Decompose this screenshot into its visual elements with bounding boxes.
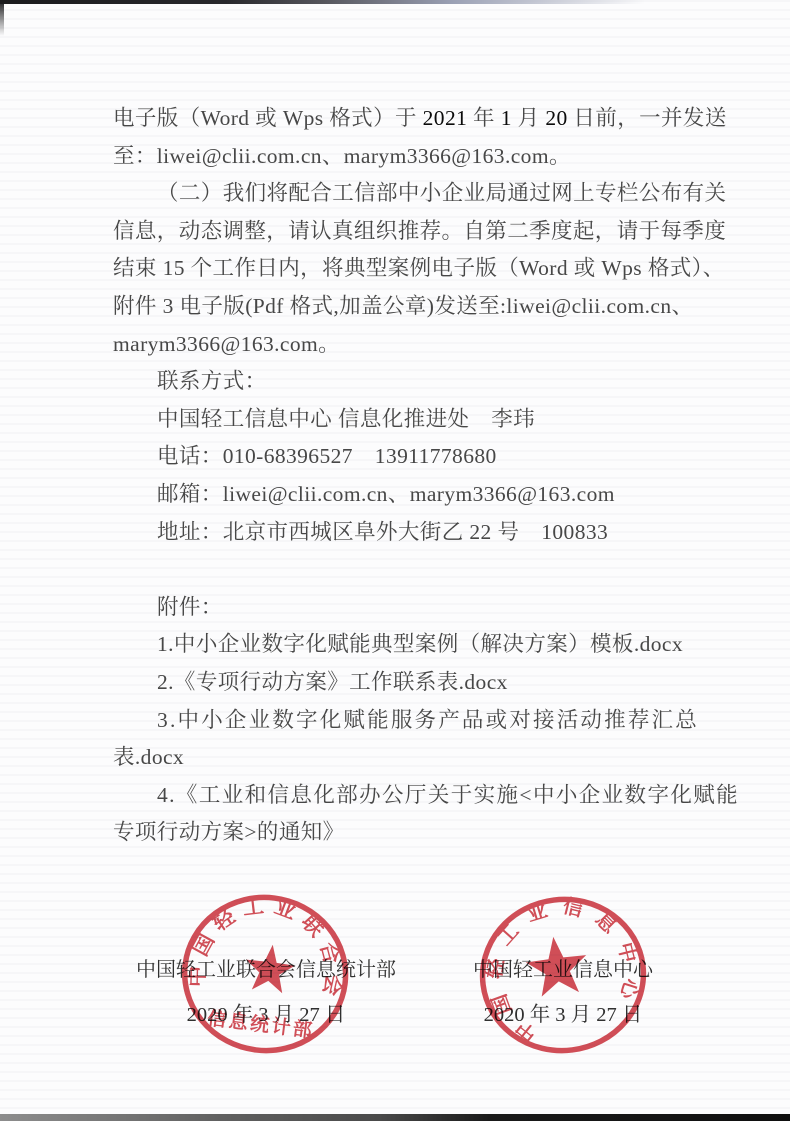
body-line: marym3366@163.com。 [113, 326, 681, 364]
body-line: 联系方式： [113, 363, 681, 401]
body-line: 电子版（Word 或 Wps 格式）于 2021 年 1 月 20 日前，一并发… [113, 100, 681, 138]
body-line: 电话：010-68396527 13911778680 [113, 438, 681, 476]
body-line: （二）我们将配合工信部中小企业局通过网上专栏公布有关 [113, 175, 681, 213]
body-line: 附件 3 电子版(Pdf 格式,加盖公章)发送至:liwei@clii.com.… [113, 288, 681, 326]
body-line: 信息，动态调整，请认真组织推荐。自第二季度起，请于每季度 [113, 213, 681, 251]
star-icon [523, 933, 590, 998]
body-line: 1.中小企业数字化赋能典型案例（解决方案）模板.docx [113, 626, 681, 664]
body-line: 附件： [113, 589, 681, 627]
scan-edge-left [0, 0, 4, 36]
body-line: 中国轻工信息中心 信息化推进处 李玮 [113, 401, 681, 439]
body-line: 专项行动方案>的通知》 [113, 814, 681, 852]
scanned-document-page: 电子版（Word 或 Wps 格式）于 2021 年 1 月 20 日前，一并发… [0, 0, 790, 1121]
body-line: 邮箱：liwei@clii.com.cn、marym3366@163.com [113, 476, 681, 514]
filled-in-date-text: 2021 [423, 106, 468, 130]
body-line: 2.《专项行动方案》工作联系表.docx [113, 664, 681, 702]
body-line: 表.docx [113, 739, 681, 777]
star-icon [243, 942, 298, 995]
body-line: 3.中小企业数字化赋能服务产品或对接活动推荐汇总 [113, 702, 681, 740]
body-line: 地址：北京市西城区阜外大街乙 22 号 100833 [113, 514, 681, 552]
body-line: 至：liwei@clii.com.cn、marym3366@163.com。 [113, 138, 681, 176]
body-text: 年 [467, 106, 500, 130]
filled-in-date-text: 1 [501, 106, 512, 130]
body-text: 月 [512, 106, 545, 130]
document-body: 电子版（Word 或 Wps 格式）于 2021 年 1 月 20 日前，一并发… [113, 100, 681, 852]
official-seal-left: 中国轻工业联合会 信息统计部 [172, 884, 358, 1065]
body-text: 日前，一并发送 [568, 106, 727, 130]
scan-edge-top [0, 0, 645, 4]
body-line: 结束 15 个工作日内，将典型案例电子版（Word 或 Wps 格式）、 [113, 250, 681, 288]
body-text: 电子版（Word 或 Wps 格式）于 [113, 106, 423, 130]
scan-edge-bottom [0, 1114, 790, 1121]
seal-arc-text-left: 中国轻工业联合会 [182, 884, 355, 1006]
svg-text:中国轻工业联合会: 中国轻工业联合会 [182, 884, 355, 1006]
filled-in-date-text: 20 [545, 106, 567, 130]
body-line [113, 551, 681, 589]
body-line: 4.《工业和信息化部办公厅关于实施<中小企业数字化赋能 [113, 777, 681, 815]
official-seal-right: 中国轻工业信息中心 [470, 886, 656, 1063]
